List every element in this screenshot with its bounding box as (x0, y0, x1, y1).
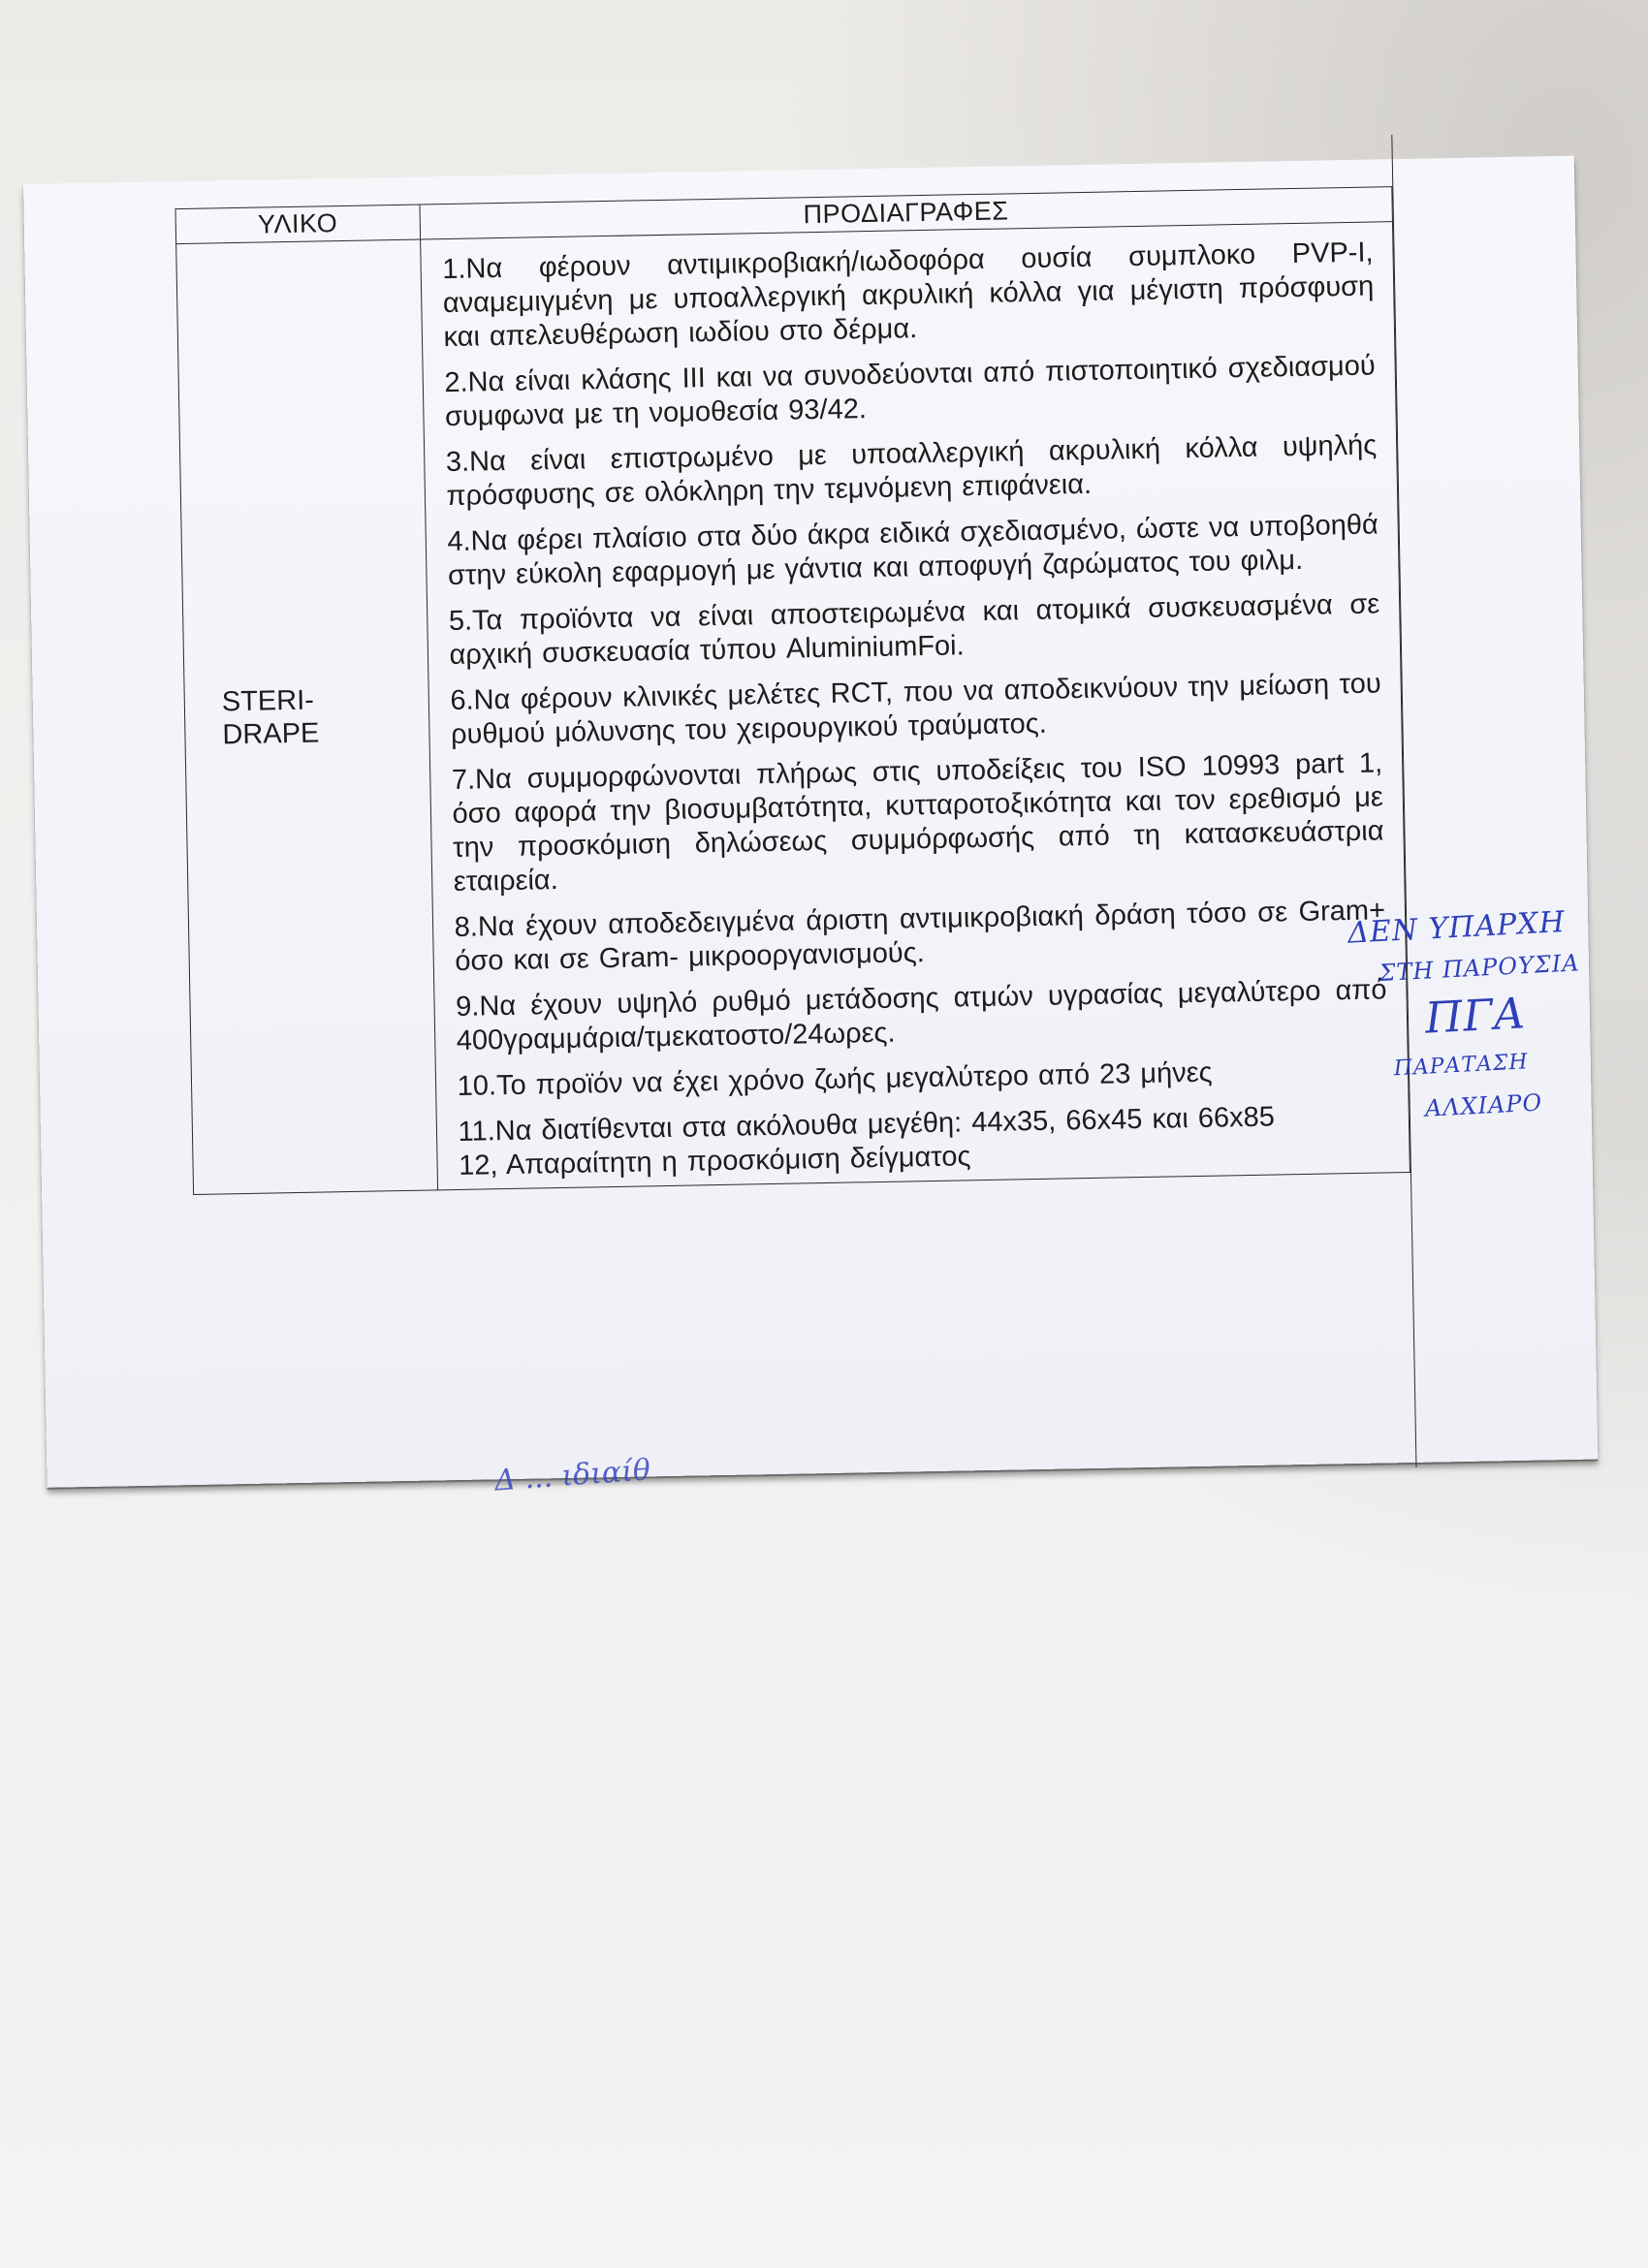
material-name-line: STERI- (222, 681, 428, 718)
spec-item-1: 1.Να φέρουν αντιμικροβιακή/ιωδοφόρα ουσί… (442, 236, 1375, 355)
specifications-cell: 1.Να φέρουν αντιμικροβιακή/ιωδοφόρα ουσί… (420, 222, 1410, 1190)
spec-item-8: 8.Να έχουν αποδεδειγμένα άριστη αντιμικρ… (454, 894, 1386, 979)
material-name-line: DRAPE (222, 714, 428, 751)
material-cell: STERI- DRAPE (176, 239, 438, 1194)
scanned-page: ΥΛΙΚΟ ΠΡΟΔΙΑΓΡΑΦΕΣ STERI- DRAPE 1.Να φέρ… (23, 156, 1598, 1488)
handwritten-note: ΔΕΝ ΥΠΑΡΧΗ ΣΤΗ ΠΑΡΟΥΣΙΑ ΠΓΑ ΠΑΡΑΤΑΣΗ ΑΛΧ… (1347, 899, 1638, 1133)
spec-item-3: 3.Να είναι επιστρωμένο με υποαλλεργική α… (446, 428, 1379, 514)
specifications-table: ΥΛΙΚΟ ΠΡΟΔΙΑΓΡΑΦΕΣ STERI- DRAPE 1.Να φέρ… (174, 186, 1410, 1195)
table-row: STERI- DRAPE 1.Να φέρουν αντιμικροβιακή/… (176, 222, 1410, 1195)
spec-item-7: 7.Να συμμορφώνονται πλήρως στις υποδείξε… (452, 746, 1385, 899)
spec-item-2: 2.Να είναι κλάσης III και να συνοδεύοντα… (444, 349, 1377, 434)
header-material: ΥΛΙΚΟ (175, 205, 420, 244)
spec-item-5: 5.Τα προϊόντα να είναι αποστειρωμένα και… (449, 587, 1381, 673)
spec-item-10: 10.Το προϊόν να έχει χρόνο ζωής μεγαλύτε… (457, 1053, 1388, 1104)
spec-item-6: 6.Να φέρουν κλινικές μελέτες RCT, που να… (450, 667, 1382, 752)
spec-item-4: 4.Να φέρει πλαίσιο στα δύο άκρα ειδικά σ… (447, 508, 1379, 593)
spec-item-9: 9.Να έχουν υψηλό ρυθμό μετάδοσης ατμών υ… (456, 973, 1388, 1058)
